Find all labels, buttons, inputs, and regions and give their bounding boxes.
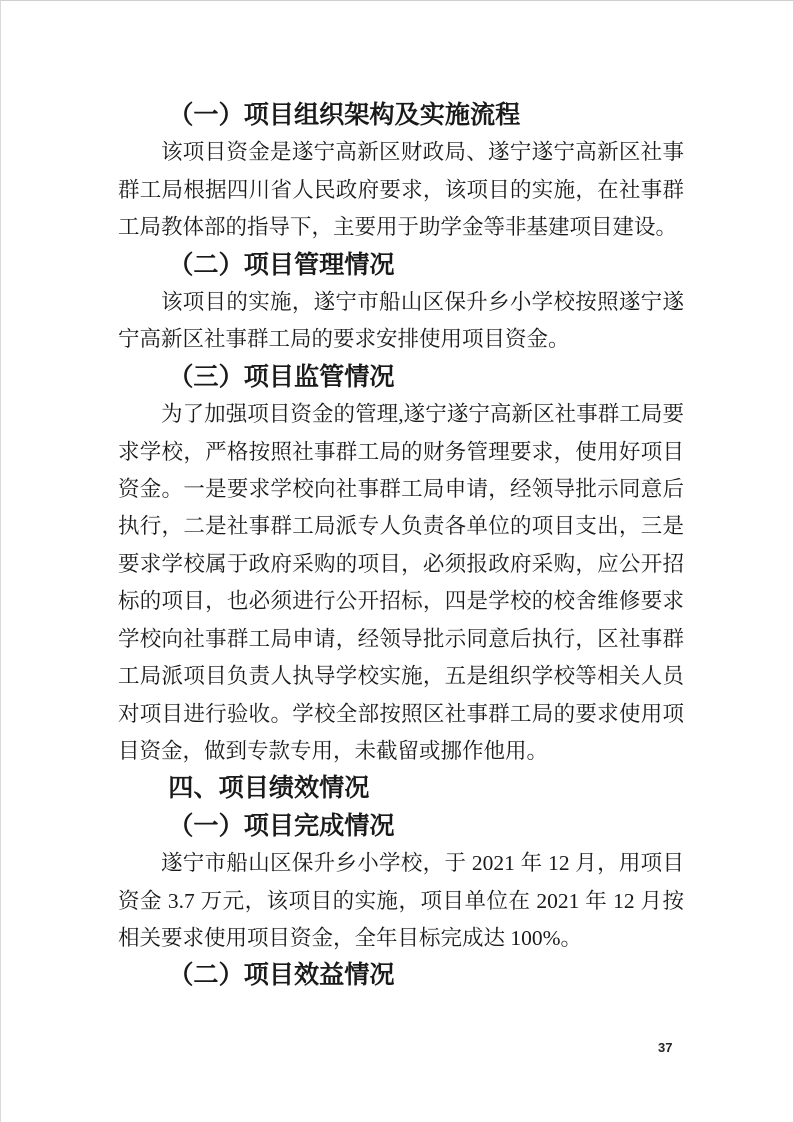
document-body: （一）项目组织架构及实施流程该项目资金是遂宁高新区财政局、遂宁遂宁高新区社事群工… (118, 97, 684, 995)
document-page: （一）项目组织架构及实施流程该项目资金是遂宁高新区财政局、遂宁遂宁高新区社事群工… (0, 0, 793, 1122)
section-heading: （二）项目管理情况 (118, 247, 684, 284)
section-heading: （二）项目效益情况 (118, 957, 684, 994)
section-heading: （一）项目完成情况 (118, 808, 684, 845)
section-heading: （一）项目组织架构及实施流程 (118, 97, 684, 134)
body-paragraph: 该项目资金是遂宁高新区财政局、遂宁遂宁高新区社事群工局根据四川省人民政府要求，该… (118, 134, 684, 246)
body-paragraph: 遂宁市船山区保升乡小学校，于 2021 年 12 月，用项目资金 3.7 万元，… (118, 845, 684, 957)
page-number: 37 (658, 1039, 672, 1057)
section-heading: （三）项目监管情况 (118, 359, 684, 396)
body-paragraph: 该项目的实施，遂宁市船山区保升乡小学校按照遂宁遂宁高新区社事群工局的要求安排使用… (118, 284, 684, 359)
body-paragraph: 为了加强项目资金的管理,遂宁遂宁高新区社事群工局要求学校，严格按照社事群工局的财… (118, 396, 684, 770)
section-heading: 四、项目绩效情况 (118, 770, 684, 807)
